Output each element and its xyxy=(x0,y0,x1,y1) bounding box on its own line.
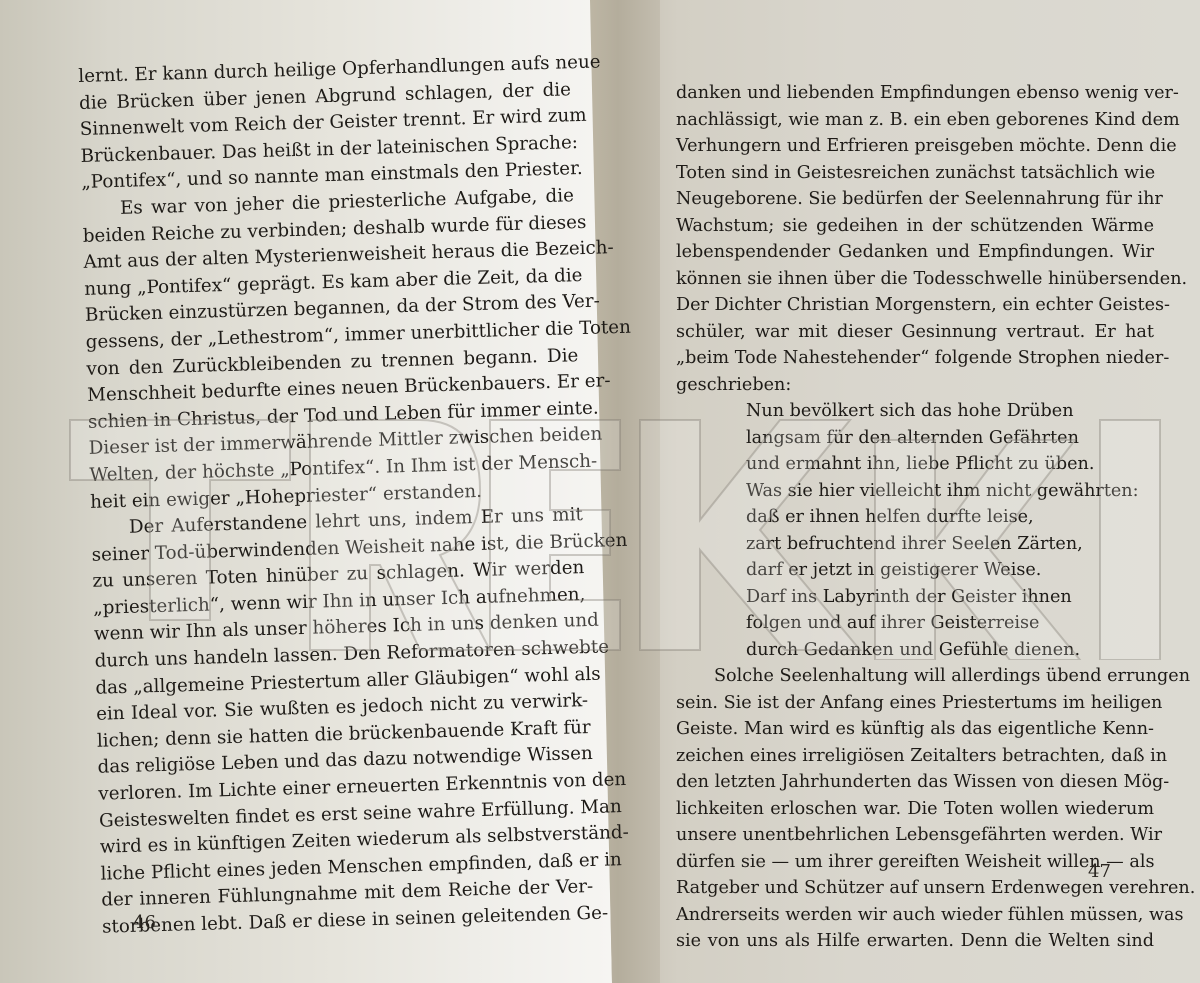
poem-line: Was sie hier vielleicht ihm nicht gewähr… xyxy=(746,478,1154,505)
poem-stanza: Nun bevölkert sich das hohe Drüben langs… xyxy=(676,398,1154,663)
poem-line: durch Gedanken und Gefühle dienen. xyxy=(746,637,1154,664)
text-line: geschrieben: xyxy=(676,372,1154,399)
text-line: Andrerseits werden wir auch wieder fühle… xyxy=(676,902,1154,929)
text-line: Geiste. Man wird es künftig als das eige… xyxy=(676,716,1154,743)
text-line: zeichen eines irreligiösen Zeitalters be… xyxy=(676,743,1154,770)
poem-line: Nun bevölkert sich das hohe Drüben xyxy=(746,398,1154,425)
text-line: Neugeborene. Sie bedürfen der Seelennahr… xyxy=(676,186,1154,213)
poem-line: Darf ins Labyrinth der Geister ihnen xyxy=(746,584,1154,611)
left-page-text: lernt. Er kann durch heilige Opferhandlu… xyxy=(78,50,594,941)
text-line: dürfen sie — um ihrer gereiften Weisheit… xyxy=(676,849,1154,876)
text-line: Ratgeber und Schützer auf unsern Erdenwe… xyxy=(676,875,1154,902)
text-line: „beim Tode Nahestehender“ folgende Strop… xyxy=(676,345,1154,372)
text-line: sein. Sie ist der Anfang eines Priestert… xyxy=(676,690,1154,717)
text-line: sie von uns als Hilfe erwarten. Denn die… xyxy=(676,928,1154,955)
text-line: lichkeiten erloschen war. Die Toten woll… xyxy=(676,796,1154,823)
text-line: Solche Seelenhaltung will allerdings übe… xyxy=(676,663,1154,690)
page-number-left: 46 xyxy=(133,912,156,933)
text-line: schüler, war mit dieser Gesinnung vertra… xyxy=(676,319,1154,346)
poem-line: folgen und auf ihrer Geisterreise xyxy=(746,610,1154,637)
poem-line: langsam für den alternden Gefährten xyxy=(746,425,1154,452)
text-line: danken und liebenden Empfindungen ebenso… xyxy=(676,80,1154,107)
text-line: nachlässigt, wie man z. B. ein eben gebo… xyxy=(676,107,1154,134)
poem-line: daß er ihnen helfen durfte leise, xyxy=(746,504,1154,531)
text-line: unsere unentbehrlichen Lebensgefährten w… xyxy=(676,822,1154,849)
text-line: den letzten Jahrhunderten das Wissen von… xyxy=(676,769,1154,796)
text-line: Verhungern und Erfrieren preisgeben möch… xyxy=(676,133,1154,160)
text-line: Der Dichter Christian Morgenstern, ein e… xyxy=(676,292,1154,319)
poem-line: und ermahnt ihn, liebe Pflicht zu üben. xyxy=(746,451,1154,478)
text-line: Toten sind in Geistesreichen zunächst ta… xyxy=(676,160,1154,187)
page-number-right: 47 xyxy=(1088,861,1111,882)
text-line: lebenspendender Gedanken und Empfindunge… xyxy=(676,239,1154,266)
text-line: Wachstum; sie gedeihen in der schützende… xyxy=(676,213,1154,240)
poem-line: darf er jetzt in geistigerer Weise. xyxy=(746,557,1154,584)
right-page-text: danken und liebenden Empfindungen ebenso… xyxy=(676,80,1154,955)
text-line: können sie ihnen über die Todesschwelle … xyxy=(676,266,1154,293)
book-spread: lernt. Er kann durch heilige Opferhandlu… xyxy=(0,0,1200,983)
poem-line: zart befruchtend ihrer Seelen Zärten, xyxy=(746,531,1154,558)
